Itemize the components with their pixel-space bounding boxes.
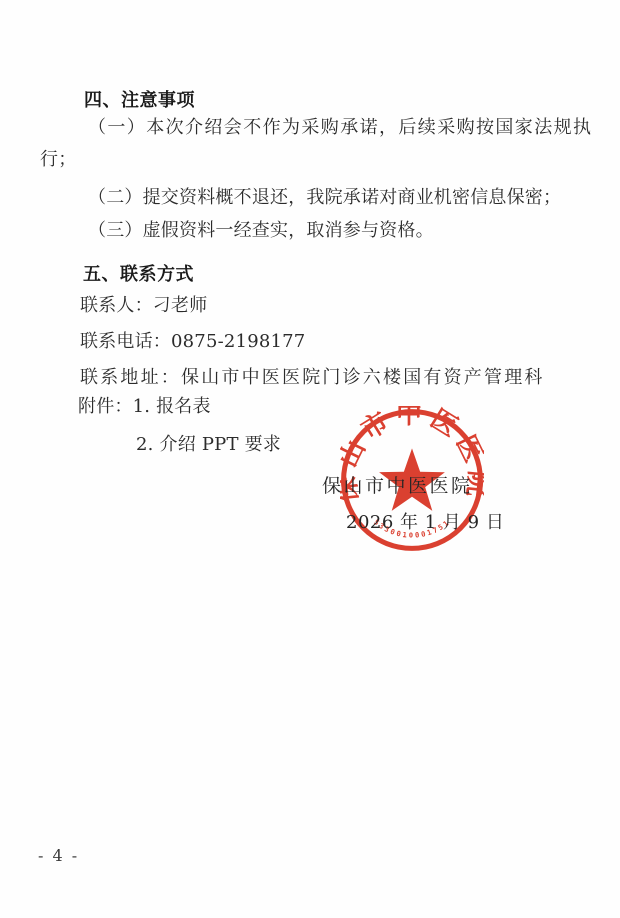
attachment-line-1: 附件：1. 报名表 — [78, 398, 211, 416]
page-number: - 4 - — [38, 846, 79, 865]
contact-address-line: 联系地址：保山市中医医院门诊六楼国有资产管理科 — [80, 369, 545, 387]
contact-person-line: 联系人：刁老师 — [80, 297, 207, 315]
attachment-line-2: 2. 介绍 PPT 要求 — [136, 436, 281, 454]
signature-org-name: 保山市中医医院 — [322, 471, 473, 498]
section4-item1-line1: （一）本次介绍会不作为采购承诺，后续采购按国家法规执 — [88, 119, 592, 137]
section4-item2: （二）提交资料概不退还，我院承诺对商业机密信息保密； — [88, 189, 561, 207]
document-page: 四、注意事项 （一）本次介绍会不作为采购承诺，后续采购按国家法规执 行； （二）… — [0, 0, 620, 918]
signature-date: 2026 年 1 月 9 日 — [346, 508, 504, 534]
section4-item3: （三）虚假资料一经查实，取消参与资格。 — [88, 222, 434, 240]
section5-heading: 五、联系方式 — [83, 260, 194, 286]
contact-phone-line: 联系电话：0875-2198177 — [80, 333, 305, 351]
section4-item1-line2: 行； — [40, 151, 76, 169]
section4-heading: 四、注意事项 — [84, 86, 195, 112]
